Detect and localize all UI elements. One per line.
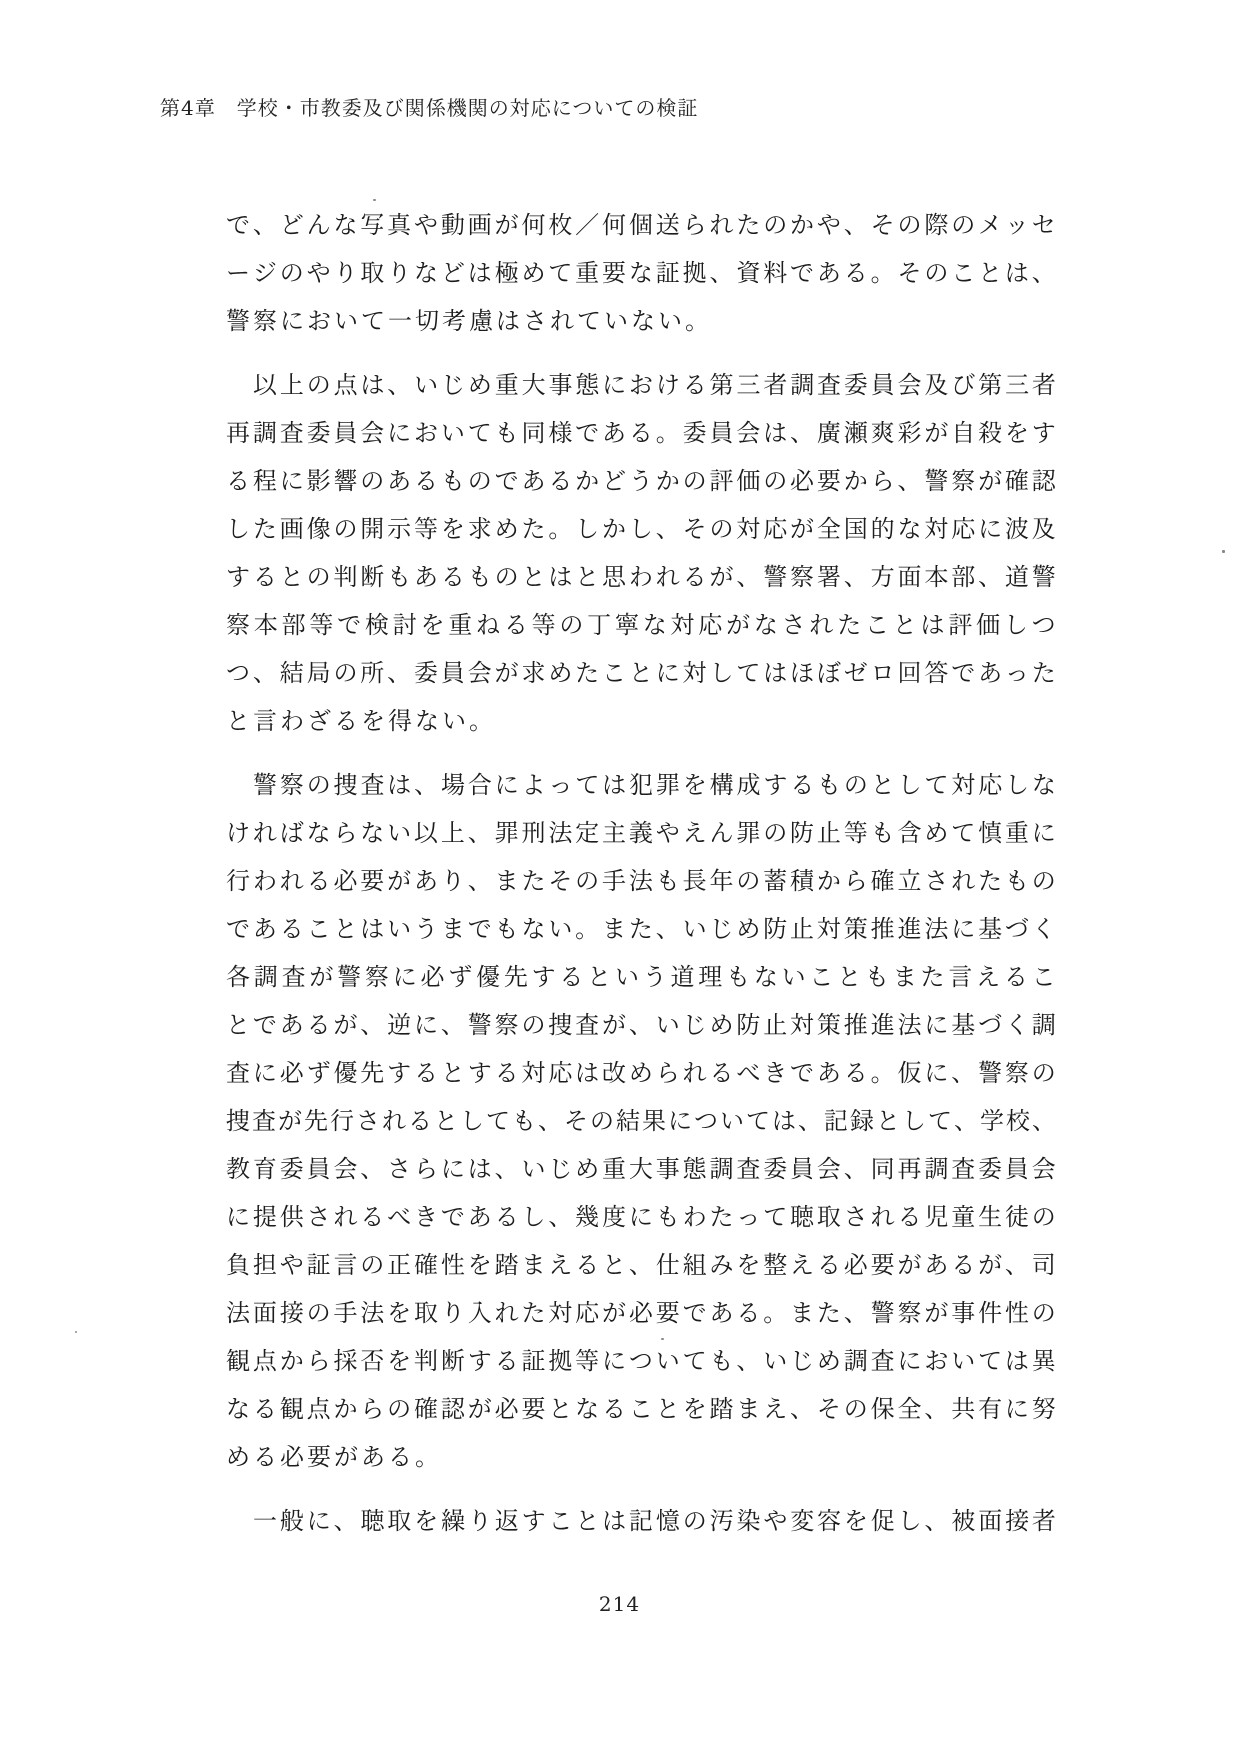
text-line: であることはいうまでもない。また、いじめ防止対策推進法に基づく [226,902,1056,950]
text-line: した画像の開示等を求めた。しかし、その対応が全国的な対応に波及 [226,502,1056,550]
text-line: 行われる必要があり、またその手法も長年の蓄積から確立されたもの [226,854,1056,902]
document-body: で、どんな写真や動画が何枚／何個送られたのかや、その際のメッセージのやり取りなど… [226,198,1056,1558]
text-line: 法面接の手法を取り入れた対応が必要である。また、警察が事件性の [226,1286,1056,1334]
chapter-header: 第4章 学校・市教委及び関係機関の対応についての検証 [160,92,698,121]
text-line: なる観点からの確認が必要となることを踏まえ、その保全、共有に努 [226,1382,1056,1430]
text-line: に提供されるべきであるし、幾度にもわたって聴取される児童生徒の [226,1190,1056,1238]
paragraph: 一般に、聴取を繰り返すことは記憶の汚染や変容を促し、被面接者 [226,1494,1056,1542]
text-line: ージのやり取りなどは極めて重要な証拠、資料である。そのことは、 [226,246,1056,294]
text-line: で、どんな写真や動画が何枚／何個送られたのかや、その際のメッセ [226,198,1056,246]
document-page: 第4章 学校・市教委及び関係機関の対応についての検証 で、どんな写真や動画が何枚… [0,0,1239,1754]
page-number: 214 [0,1592,1239,1616]
text-line: める必要がある。 [226,1430,1056,1478]
text-line: る程に影響のあるものであるかどうかの評価の必要から、警察が確認 [226,454,1056,502]
text-line: 観点から採否を判断する証拠等についても、いじめ調査においては異 [226,1334,1056,1382]
text-line: 警察の捜査は、場合によっては犯罪を構成するものとして対応しな [226,758,1056,806]
text-line: 再調査委員会においても同様である。委員会は、廣瀬爽彩が自殺をす [226,406,1056,454]
text-line: 教育委員会、さらには、いじめ重大事態調査委員会、同再調査委員会 [226,1142,1056,1190]
scan-speck [661,1338,664,1340]
text-line: 査に必ず優先するとする対応は改められるべきである。仮に、警察の [226,1046,1056,1094]
scan-speck [75,1331,77,1333]
text-line: と言わざるを得ない。 [226,694,1056,742]
text-line: とであるが、逆に、警察の捜査が、いじめ防止対策推進法に基づく調 [226,998,1056,1046]
paragraph: で、どんな写真や動画が何枚／何個送られたのかや、その際のメッセージのやり取りなど… [226,198,1056,342]
scan-speck [373,199,376,201]
text-line: 警察において一切考慮はされていない。 [226,294,1056,342]
text-line: 以上の点は、いじめ重大事態における第三者調査委員会及び第三者 [226,358,1056,406]
text-line: 各調査が警察に必ず優先するという道理もないこともまた言えるこ [226,950,1056,998]
text-line: 一般に、聴取を繰り返すことは記憶の汚染や変容を促し、被面接者 [226,1494,1056,1542]
text-line: 察本部等で検討を重ねる等の丁寧な対応がなされたことは評価しつ [226,598,1056,646]
paragraph: 以上の点は、いじめ重大事態における第三者調査委員会及び第三者再調査委員会において… [226,358,1056,742]
text-line: 捜査が先行されるとしても、その結果については、記録として、学校、 [226,1094,1056,1142]
text-line: するとの判断もあるものとはと思われるが、警察署、方面本部、道警 [226,550,1056,598]
scan-speck [1222,550,1225,553]
text-line: つ、結局の所、委員会が求めたことに対してはほぼゼロ回答であった [226,646,1056,694]
text-line: ければならない以上、罪刑法定主義やえん罪の防止等も含めて慎重に [226,806,1056,854]
text-line: 負担や証言の正確性を踏まえると、仕組みを整える必要があるが、司 [226,1238,1056,1286]
paragraph: 警察の捜査は、場合によっては犯罪を構成するものとして対応しなければならない以上、… [226,758,1056,1478]
